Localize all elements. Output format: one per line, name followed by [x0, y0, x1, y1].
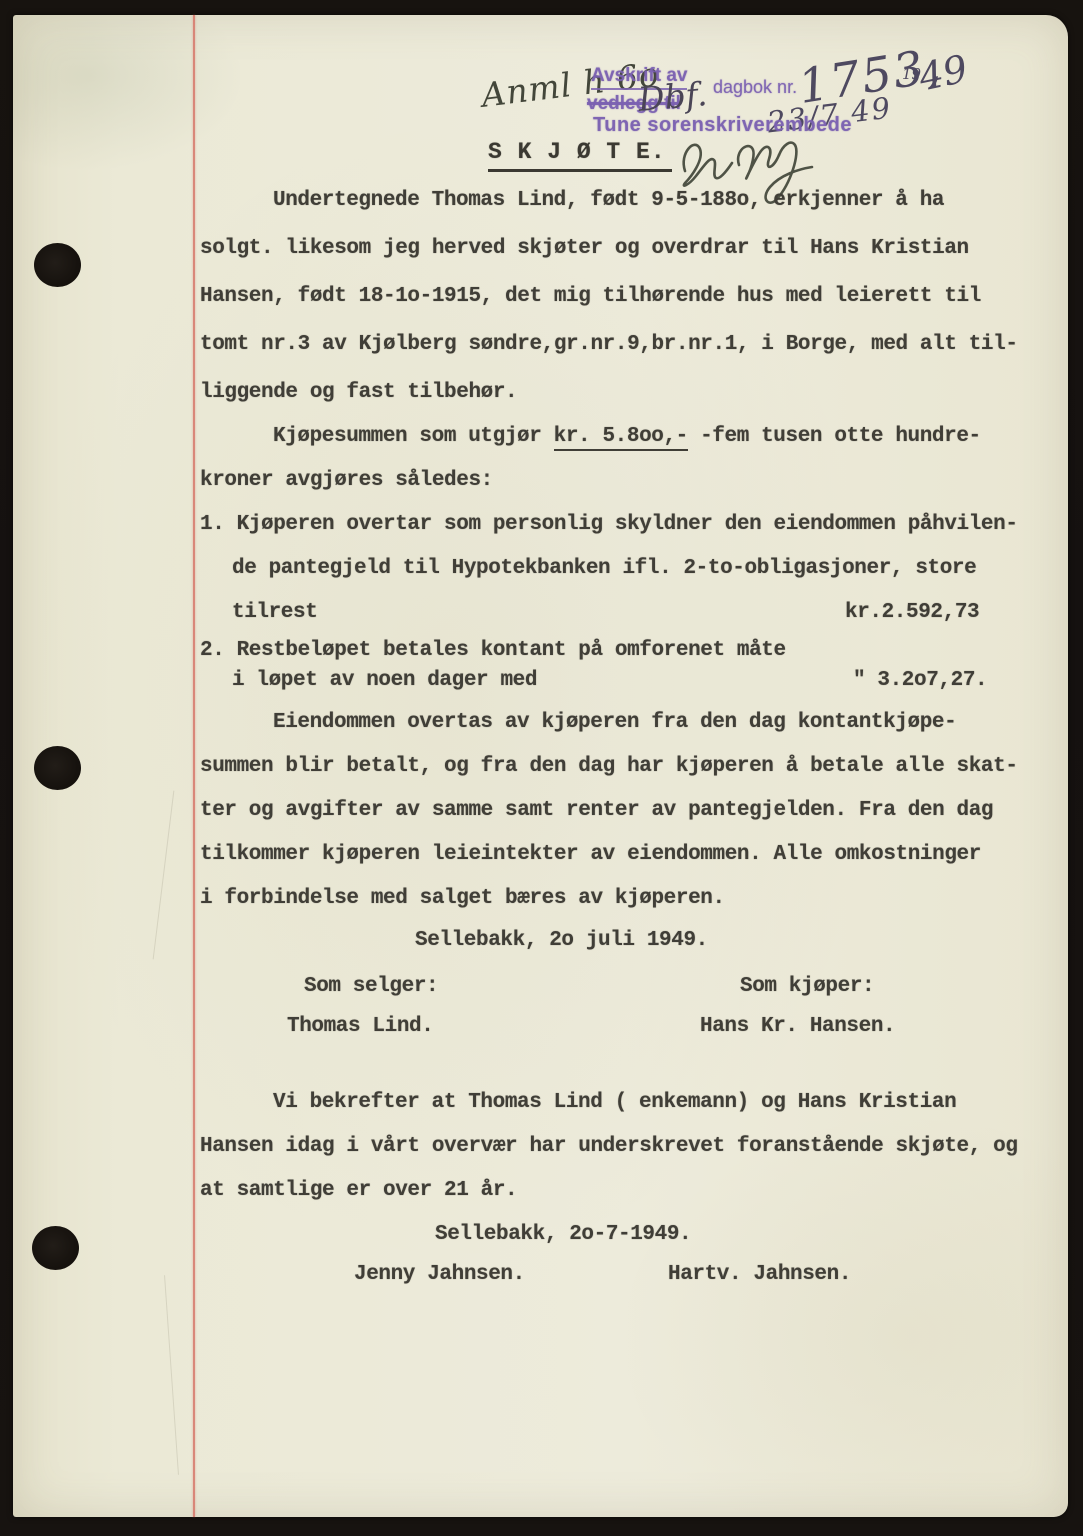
typed-line: ter og avgifter av samme samt renter av …: [200, 798, 993, 824]
typed-line: Vi bekrefter at Thomas Lind ( enkemann) …: [273, 1090, 956, 1116]
typed-line: Kjøpesummen som utgjør kr. 5.8oo,- -fem …: [273, 424, 981, 450]
paper-crease: [153, 791, 175, 960]
typed-line: Som selger:: [304, 974, 438, 1000]
typed-line: liggende og fast tilbehør.: [200, 380, 517, 406]
typed-line: Sellebakk, 2o juli 1949.: [415, 928, 708, 954]
typed-line: Hansen, født 18-1o-1915, det mig tilhøre…: [200, 284, 981, 310]
typed-line: solgt. likesom jeg herved skjøter og ove…: [200, 236, 969, 262]
document-title: S K J Ø T E.: [488, 139, 672, 172]
typed-line: Jenny Jahnsen.: [354, 1262, 525, 1288]
typed-line: kr.2.592,73: [845, 600, 979, 626]
typed-line: Hansen idag i vårt overvær har underskre…: [200, 1134, 1018, 1160]
typed-line: Hans Kr. Hansen.: [700, 1014, 895, 1040]
typed-line: i løpet av noen dager med: [232, 668, 537, 694]
paper-crease: [164, 1275, 179, 1475]
typed-line: Thomas Lind.: [287, 1014, 433, 1040]
typed-line: Eiendommen overtas av kjøperen fra den d…: [273, 710, 956, 736]
typed-line: 2. Restbeløpet betales kontant på omfore…: [200, 638, 786, 664]
typed-line: tilrest: [232, 600, 317, 626]
typed-line: Undertegnede Thomas Lind, født 9-5-188o,…: [273, 188, 944, 214]
typed-line: kroner avgjøres således:: [200, 468, 493, 494]
handwritten-year: 49: [915, 46, 971, 99]
punch-hole: [34, 243, 81, 287]
scanned-page-background: { "page": { "paper_color": "#ebe9d6", "b…: [0, 0, 1083, 1536]
typed-line: i forbindelse med salget bæres av kjøper…: [200, 886, 725, 912]
document-page: Anml h 6o Avskrift av vedlegg til dagbok…: [13, 15, 1068, 1517]
typed-line: Hartv. Jahnsen.: [668, 1262, 851, 1288]
typed-line: 1. Kjøperen overtar som personlig skyldn…: [200, 512, 1018, 538]
punch-hole: [32, 1226, 79, 1270]
typed-line: summen blir betalt, og fra den dag har k…: [200, 754, 1018, 780]
typed-line: Sellebakk, 2o-7-1949.: [435, 1222, 691, 1248]
typed-line: tilkommer kjøperen leieintekter av eiend…: [200, 842, 981, 868]
punch-hole: [34, 746, 81, 790]
margin-line: [193, 15, 195, 1517]
handwritten-dbf: Dbf.: [636, 74, 708, 119]
typed-line: tomt nr.3 av Kjølberg søndre,gr.nr.9,br.…: [200, 332, 1018, 358]
typed-line: " 3.2o7,27.: [853, 668, 987, 694]
typed-line: at samtlige er over 21 år.: [200, 1178, 517, 1204]
typed-line: Som kjøper:: [740, 974, 874, 1000]
typed-line: de pantegjeld til Hypotekbanken ifl. 2-t…: [232, 556, 976, 582]
stamp-dagbok-nr: dagbok nr.: [713, 77, 797, 98]
